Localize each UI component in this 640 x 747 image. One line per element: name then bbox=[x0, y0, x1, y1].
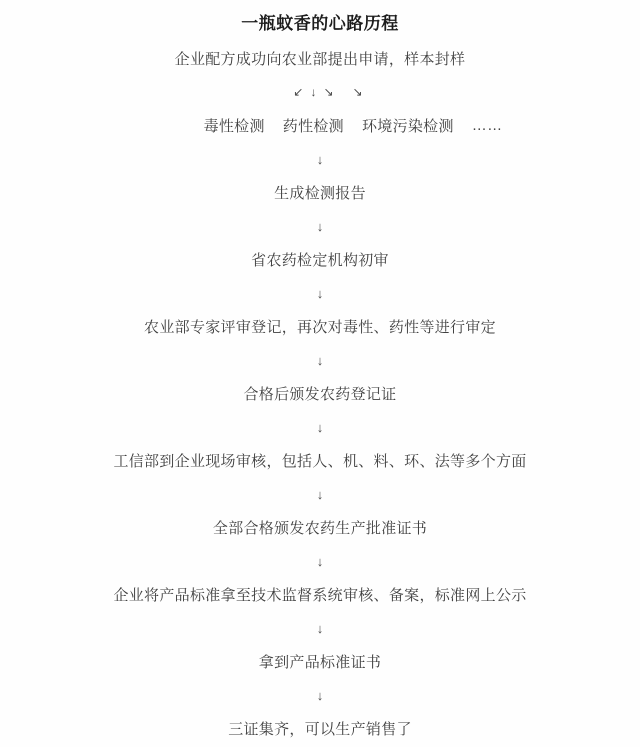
flow-step-row: 省农药检定机构初审 bbox=[0, 243, 640, 277]
flow-step-row: 企业将产品标准拿至技术监督系统审核、备案，标准网上公示 bbox=[0, 578, 640, 612]
flow-step-start: 企业配方成功向农业部提出申请，样本封样 bbox=[175, 48, 466, 69]
arrow-row: ↓ bbox=[0, 679, 640, 713]
test-items-row: 毒性检测 药性检测 环境污染检测 …… bbox=[33, 109, 640, 143]
arrow-row: ↓ bbox=[0, 277, 640, 311]
arrow-row: ↓ bbox=[0, 143, 640, 177]
page-title: 一瓶蚊香的心路历程 bbox=[241, 9, 399, 34]
arrow-down-right-icon: ↘ bbox=[353, 86, 363, 98]
test-item-toxicity: 毒性检测 bbox=[204, 115, 265, 136]
flow-step-standard-cert: 拿到产品标准证书 bbox=[259, 651, 381, 672]
arrow-row: ↓ bbox=[0, 478, 640, 512]
arrow-down-right-icon: ↘ bbox=[323, 86, 333, 98]
flow-step-row: 农业部专家评审登记，再次对毒性、药性等进行审定 bbox=[0, 310, 640, 344]
arrow-down-icon: ↓ bbox=[317, 220, 324, 233]
arrow-down-icon: ↓ bbox=[317, 488, 324, 501]
arrow-down-icon: ↓ bbox=[317, 153, 324, 166]
flow-step-row: 生成检测报告 bbox=[0, 176, 640, 210]
flow-step-provincial-review: 省农药检定机构初审 bbox=[251, 249, 389, 270]
arrow-row: ↓ bbox=[0, 545, 640, 579]
flowchart-page: 一瓶蚊香的心路历程 企业配方成功向农业部提出申请，样本封样 ↙ ↓ ↘ ↘ 毒性… bbox=[0, 0, 640, 747]
arrow-down-icon: ↓ bbox=[317, 622, 324, 635]
flow-step-site-audit: 工信部到企业现场审核，包括人、机、料、环、法等多个方面 bbox=[113, 450, 526, 471]
arrow-row: ↓ bbox=[0, 210, 640, 244]
flow-step-report: 生成检测报告 bbox=[274, 182, 366, 203]
arrow-down-icon: ↓ bbox=[317, 287, 324, 300]
flow-step-row: 合格后颁发农药登记证 bbox=[0, 377, 640, 411]
arrow-down-icon: ↓ bbox=[317, 354, 324, 367]
flow-step-start-row: 企业配方成功向农业部提出申请，样本封样 bbox=[0, 42, 640, 76]
arrow-down-icon: ↓ bbox=[317, 555, 324, 568]
branch-arrows-row: ↙ ↓ ↘ ↘ bbox=[8, 76, 640, 110]
flow-step-registration-cert: 合格后颁发农药登记证 bbox=[243, 383, 396, 404]
flow-step-standard-filing: 企业将产品标准拿至技术监督系统审核、备案，标准网上公示 bbox=[113, 584, 526, 605]
flow-step-row: 全部合格颁发农药生产批准证书 bbox=[0, 511, 640, 545]
flow-step-production-approval: 全部合格颁发农药生产批准证书 bbox=[213, 517, 427, 538]
arrow-down-icon: ↓ bbox=[317, 421, 324, 434]
test-item-environment: 环境污染检测 bbox=[362, 115, 454, 136]
flow-step-ready-to-sell: 三证集齐，可以生产销售了 bbox=[228, 718, 412, 739]
test-item-ellipsis: …… bbox=[472, 117, 503, 134]
arrow-row: ↓ bbox=[0, 411, 640, 445]
flow-step-row: 拿到产品标准证书 bbox=[0, 645, 640, 679]
arrow-row: ↓ bbox=[0, 612, 640, 646]
title-row: 一瓶蚊香的心路历程 bbox=[0, 0, 640, 42]
arrow-down-left-icon: ↙ bbox=[293, 86, 303, 98]
arrow-row: ↓ bbox=[0, 344, 640, 378]
flow-step-expert-review: 农业部专家评审登记，再次对毒性、药性等进行审定 bbox=[144, 316, 496, 337]
arrow-down-icon: ↓ bbox=[317, 689, 324, 702]
flow-step-row: 三证集齐，可以生产销售了 bbox=[0, 712, 640, 746]
test-item-efficacy: 药性检测 bbox=[283, 115, 344, 136]
arrow-down-icon: ↓ bbox=[310, 86, 316, 98]
flow-step-row: 工信部到企业现场审核，包括人、机、料、环、法等多个方面 bbox=[0, 444, 640, 478]
